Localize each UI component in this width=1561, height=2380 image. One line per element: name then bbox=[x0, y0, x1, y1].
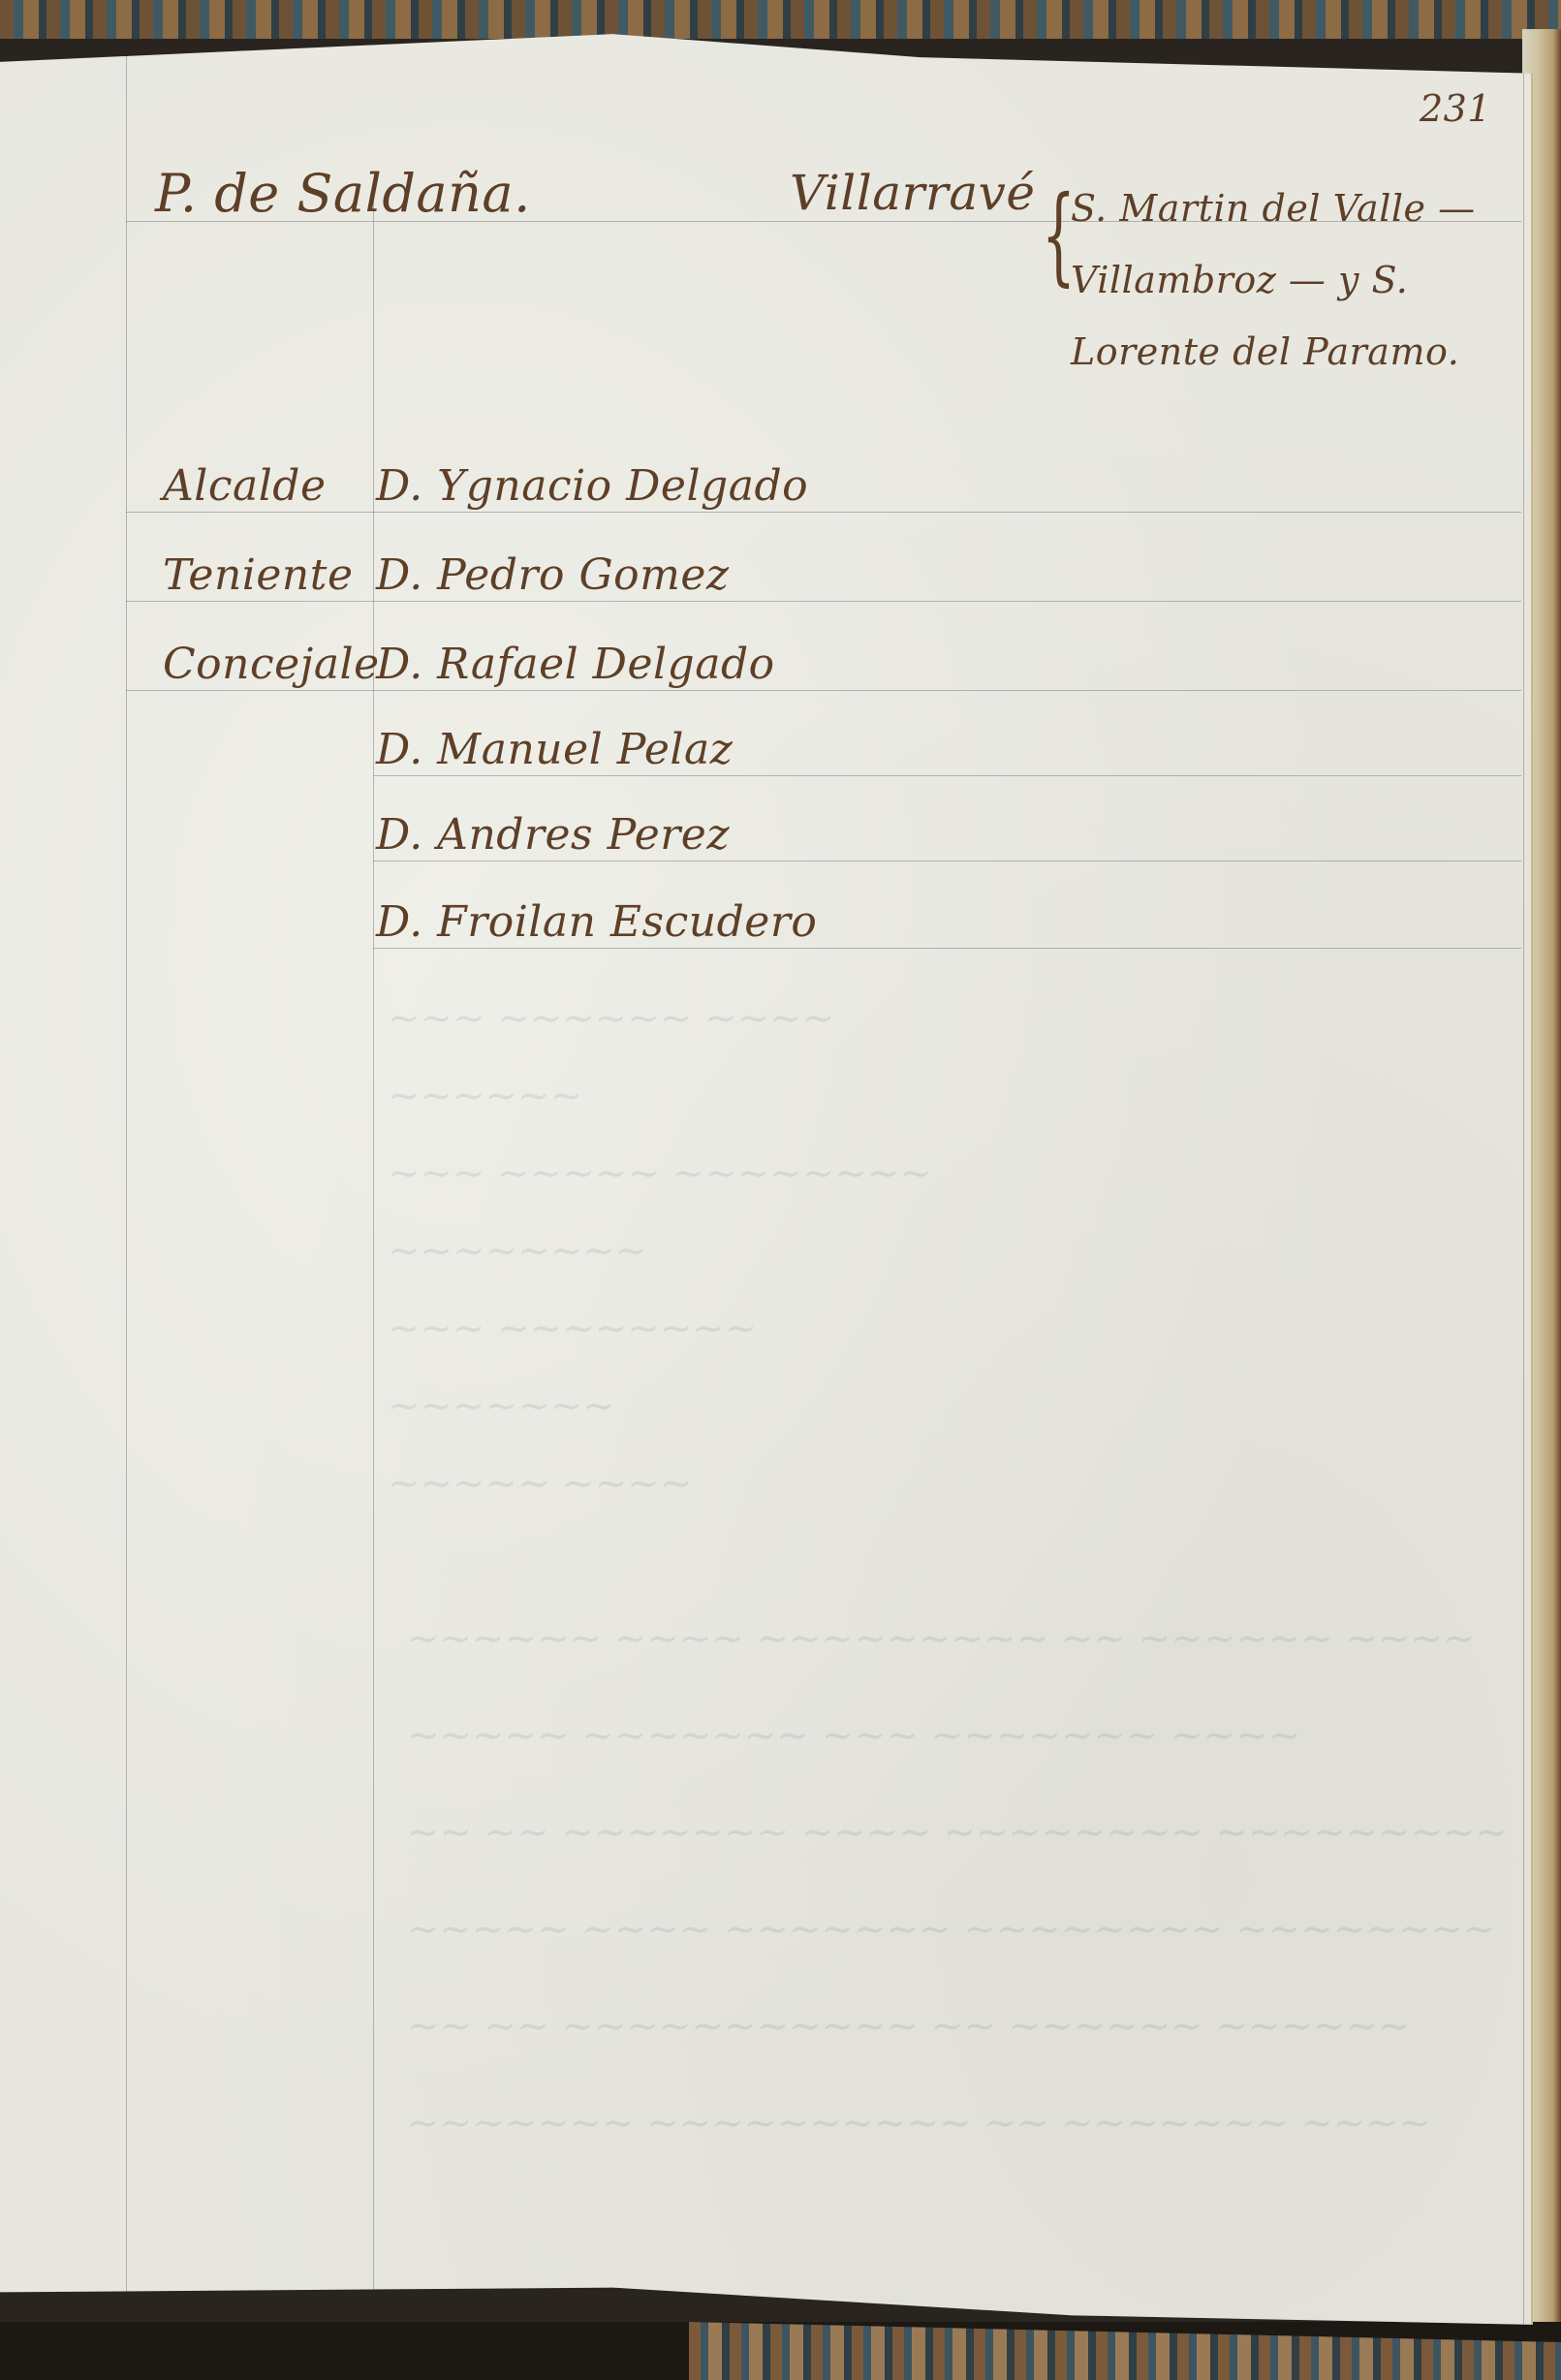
bleed-through-text: ~~~~~~~ ~~~~~~~~~~ ~~ ~~~~~~~ ~~~~ bbox=[407, 2101, 1430, 2145]
bleed-through-text: ~~~~~~~~ bbox=[388, 1229, 647, 1273]
bleed-through-text: ~~~~~ ~~~~ ~~~~~~~ ~~~~~~~~ ~~~~~~~~ bbox=[407, 1907, 1495, 1952]
role-concejales: Concejale bbox=[163, 640, 380, 689]
margin-rule-right bbox=[1523, 56, 1524, 2324]
official-name: D. Pedro Gomez bbox=[376, 550, 730, 600]
official-name: D. Rafael Delgado bbox=[376, 640, 775, 689]
town-name: Villarravé bbox=[790, 165, 1035, 221]
ruled-line-3 bbox=[126, 601, 1521, 602]
bleed-through-text: ~~ ~~ ~~~~~~~ ~~~~ ~~~~~~~~ ~~~~~~~~~ bbox=[407, 1810, 1508, 1855]
book-binding-bottom bbox=[0, 2322, 1561, 2380]
ruled-line-7 bbox=[373, 948, 1521, 949]
ruled-line-6 bbox=[373, 861, 1521, 861]
bleed-through-text: ~~~~~~ bbox=[388, 1074, 582, 1118]
role-teniente: Teniente bbox=[163, 550, 353, 600]
margin-rule-left bbox=[126, 47, 127, 2333]
marbled-edge bbox=[689, 2322, 1561, 2380]
ruled-line-2 bbox=[126, 512, 1521, 513]
bleed-through-text: ~~~~~~ ~~~~ ~~~~~~~~~ ~~ ~~~~~~ ~~~~ bbox=[407, 1616, 1476, 1661]
annexed-villages: S. Martin del Valle — Villambroz — y S. … bbox=[1071, 172, 1536, 388]
bleed-through-text: ~~~~~ ~~~~~~~ ~~~ ~~~~~~~ ~~~~ bbox=[407, 1713, 1300, 1758]
ruled-line-4 bbox=[126, 690, 1521, 691]
official-name: D. Ygnacio Delgado bbox=[376, 461, 808, 511]
official-name: D. Andres Perez bbox=[376, 810, 730, 860]
district-title: P. de Saldaña. bbox=[155, 163, 531, 224]
bleed-through-text: ~~~ ~~~~~ ~~~~~~~~ bbox=[388, 1151, 932, 1196]
bleed-through-text: ~~~ ~~~~~~~~ bbox=[388, 1306, 757, 1351]
manuscript-page: 231 P. de Saldaña. Villarravé { S. Marti… bbox=[0, 27, 1533, 2343]
bleed-through-text: ~~~ ~~~~~~ ~~~~ bbox=[388, 996, 834, 1041]
official-name: D. Froilan Escudero bbox=[376, 897, 817, 947]
bleed-through-text: ~~~~~~~ bbox=[388, 1384, 615, 1428]
role-alcalde: Alcalde bbox=[163, 461, 327, 511]
official-name: D. Manuel Pelaz bbox=[376, 725, 733, 774]
bleed-through-text: ~~~~~ ~~~~ bbox=[388, 1461, 692, 1506]
folio-number: 231 bbox=[1420, 87, 1491, 130]
book-binding-top bbox=[0, 0, 1561, 39]
ruled-line-5 bbox=[373, 775, 1521, 776]
bleed-through-text: ~~ ~~ ~~~~~~~~~~~ ~~ ~~~~~~ ~~~~~~ bbox=[407, 2004, 1411, 2049]
